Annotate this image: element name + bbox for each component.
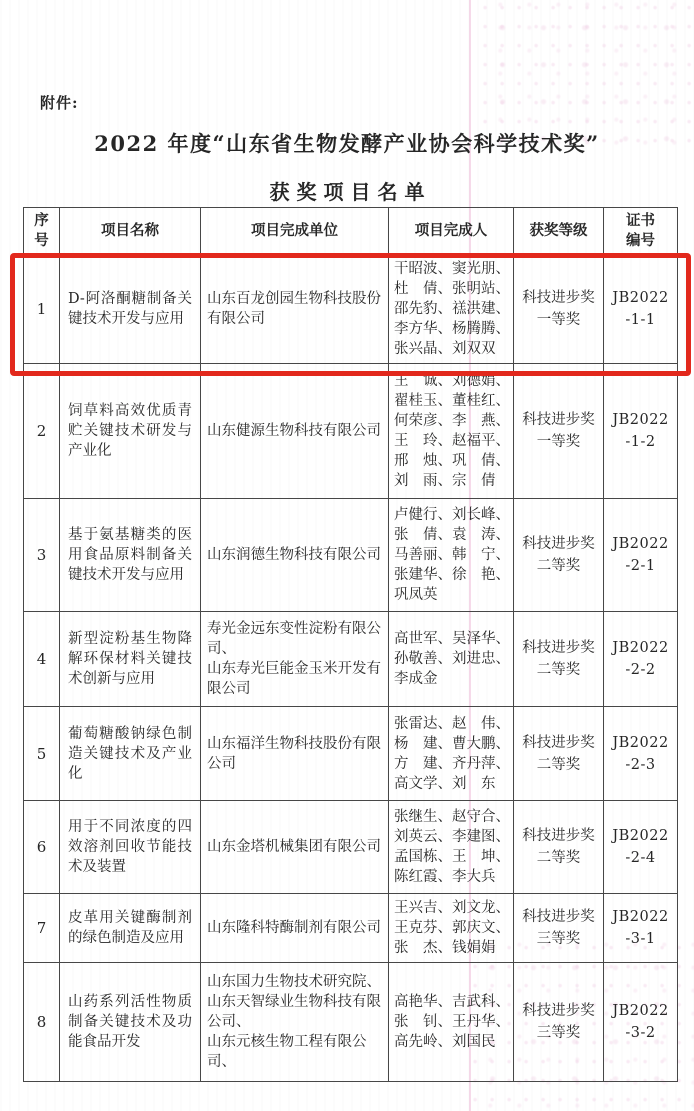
cell-award: 科技进步奖 三等奖 (514, 963, 604, 1082)
table-row: 7皮革用关键酶制剂的绿色制造及应用山东隆科特酶制剂有限公司王兴吉、刘文龙、王克芬… (24, 894, 678, 963)
cell-no: 2 (24, 364, 60, 499)
header-cell-no: 序 号 (24, 208, 60, 255)
cell-cert: JB2022 -2-3 (604, 707, 678, 801)
cell-people: 王兴吉、刘文龙、王克芬、郭庆文、张 杰、钱娟娟 (389, 894, 514, 963)
table-row: 5葡萄糖酸钠绿色制造关键技术及产业化山东福洋生物科技股份有限公司张雷达、赵 伟、… (24, 707, 678, 801)
cell-cert: JB2022 -3-2 (604, 963, 678, 1082)
cell-project: D-阿洛酮糖制备关键技术开发与应用 (60, 255, 201, 364)
cell-people: 张雷达、赵 伟、杨 建、曹大鹏、方 建、齐丹萍、高文学、刘 东 (389, 707, 514, 801)
cell-award: 科技进步奖 二等奖 (514, 499, 604, 612)
cell-cert: JB2022 -2-1 (604, 499, 678, 612)
awards-table-header: 序 号项目名称项目完成单位项目完成人获奖等级证书 编号 (24, 208, 678, 255)
cell-unit: 寿光金远东变性淀粉有限公司、 山东寿光巨能金玉米开发有限公司 (201, 612, 389, 707)
cell-award: 科技进步奖 一等奖 (514, 364, 604, 499)
cell-cert: JB2022 -2-4 (604, 801, 678, 894)
cell-award: 科技进步奖 二等奖 (514, 612, 604, 707)
cell-people: 张继生、赵守合、刘英云、李建图、孟国栋、王 坤、陈红霞、李大兵 (389, 801, 514, 894)
table-row: 1D-阿洛酮糖制备关键技术开发与应用山东百龙创园生物科技股份有限公司干昭波、窦光… (24, 255, 678, 364)
table-row: 6用于不同浓度的四效溶剂回收节能技术及装置山东金塔机械集团有限公司张继生、赵守合… (24, 801, 678, 894)
cell-award: 科技进步奖 一等奖 (514, 255, 604, 364)
cell-unit: 山东国力生物技术研究院、 山东天智绿业生物科技有限公司、 山东元核生物工程有限公… (201, 963, 389, 1082)
cell-no: 7 (24, 894, 60, 963)
cell-project: 皮革用关键酶制剂的绿色制造及应用 (60, 894, 201, 963)
cell-unit: 山东隆科特酶制剂有限公司 (201, 894, 389, 963)
header-cell-cert: 证书 编号 (604, 208, 678, 255)
cell-cert: JB2022 -1-2 (604, 364, 678, 499)
cell-no: 4 (24, 612, 60, 707)
cell-people: 高世军、吴泽华、孙敬善、刘进忠、李成金 (389, 612, 514, 707)
header-cell-people: 项目完成人 (389, 208, 514, 255)
awards-table-body: 1D-阿洛酮糖制备关键技术开发与应用山东百龙创园生物科技股份有限公司干昭波、窦光… (24, 255, 678, 1082)
awards-table: 序 号项目名称项目完成单位项目完成人获奖等级证书 编号 1D-阿洛酮糖制备关键技… (23, 207, 678, 1082)
attachment-label: 附件: (40, 92, 79, 113)
cell-project: 基于氨基糖类的医用食品原料制备关键技术开发与应用 (60, 499, 201, 612)
cell-project: 饲草料高效优质青贮关键技术研发与产业化 (60, 364, 201, 499)
scanned-document-page: 附件: 2022 年度“山东省生物发酵产业协会科学技术奖” 获奖项目名单 序 号… (0, 0, 694, 1111)
cell-people: 王 诚、刘德娟、翟桂玉、董桂红、何荣彦、李 燕、王 玲、赵福平、邢 烛、巩 倩、… (389, 364, 514, 499)
header-cell-project: 项目名称 (60, 208, 201, 255)
cell-people: 干昭波、窦光朋、杜 倩、张明站、邵先豹、禚洪建、李方华、杨腾腾、张兴晶、刘双双 (389, 255, 514, 364)
table-row: 2饲草料高效优质青贮关键技术研发与产业化山东健源生物科技有限公司王 诚、刘德娟、… (24, 364, 678, 499)
cell-no: 6 (24, 801, 60, 894)
cell-unit: 山东百龙创园生物科技股份有限公司 (201, 255, 389, 364)
cell-no: 5 (24, 707, 60, 801)
document-title: 2022 年度“山东省生物发酵产业协会科学技术奖” (0, 128, 694, 158)
cell-project: 葡萄糖酸钠绿色制造关键技术及产业化 (60, 707, 201, 801)
document-subtitle: 获奖项目名单 (0, 176, 694, 205)
cell-no: 3 (24, 499, 60, 612)
cell-project: 山药系列活性物质制备关键技术及功能食品开发 (60, 963, 201, 1082)
cell-cert: JB2022 -3-1 (604, 894, 678, 963)
cell-unit: 山东金塔机械集团有限公司 (201, 801, 389, 894)
table-row: 8山药系列活性物质制备关键技术及功能食品开发山东国力生物技术研究院、 山东天智绿… (24, 963, 678, 1082)
cell-people: 卢健行、刘长峰、张 倩、袁 涛、马善丽、韩 宁、张建华、徐 艳、巩凤英 (389, 499, 514, 612)
table-row: 3基于氨基糖类的医用食品原料制备关键技术开发与应用山东润德生物科技有限公司卢健行… (24, 499, 678, 612)
header-row: 序 号项目名称项目完成单位项目完成人获奖等级证书 编号 (24, 208, 678, 255)
table-row: 4新型淀粉基生物降解环保材料关键技术创新与应用寿光金远东变性淀粉有限公司、 山东… (24, 612, 678, 707)
cell-award: 科技进步奖 二等奖 (514, 707, 604, 801)
cell-no: 8 (24, 963, 60, 1082)
cell-unit: 山东健源生物科技有限公司 (201, 364, 389, 499)
header-cell-unit: 项目完成单位 (201, 208, 389, 255)
cell-cert: JB2022 -1-1 (604, 255, 678, 364)
cell-unit: 山东润德生物科技有限公司 (201, 499, 389, 612)
cell-unit: 山东福洋生物科技股份有限公司 (201, 707, 389, 801)
cell-people: 高艳华、吉武科、张 钊、王丹华、高先岭、刘国民 (389, 963, 514, 1082)
cell-award: 科技进步奖 二等奖 (514, 801, 604, 894)
cell-project: 用于不同浓度的四效溶剂回收节能技术及装置 (60, 801, 201, 894)
cell-award: 科技进步奖 三等奖 (514, 894, 604, 963)
cell-no: 1 (24, 255, 60, 364)
cell-project: 新型淀粉基生物降解环保材料关键技术创新与应用 (60, 612, 201, 707)
header-cell-award: 获奖等级 (514, 208, 604, 255)
cell-cert: JB2022 -2-2 (604, 612, 678, 707)
